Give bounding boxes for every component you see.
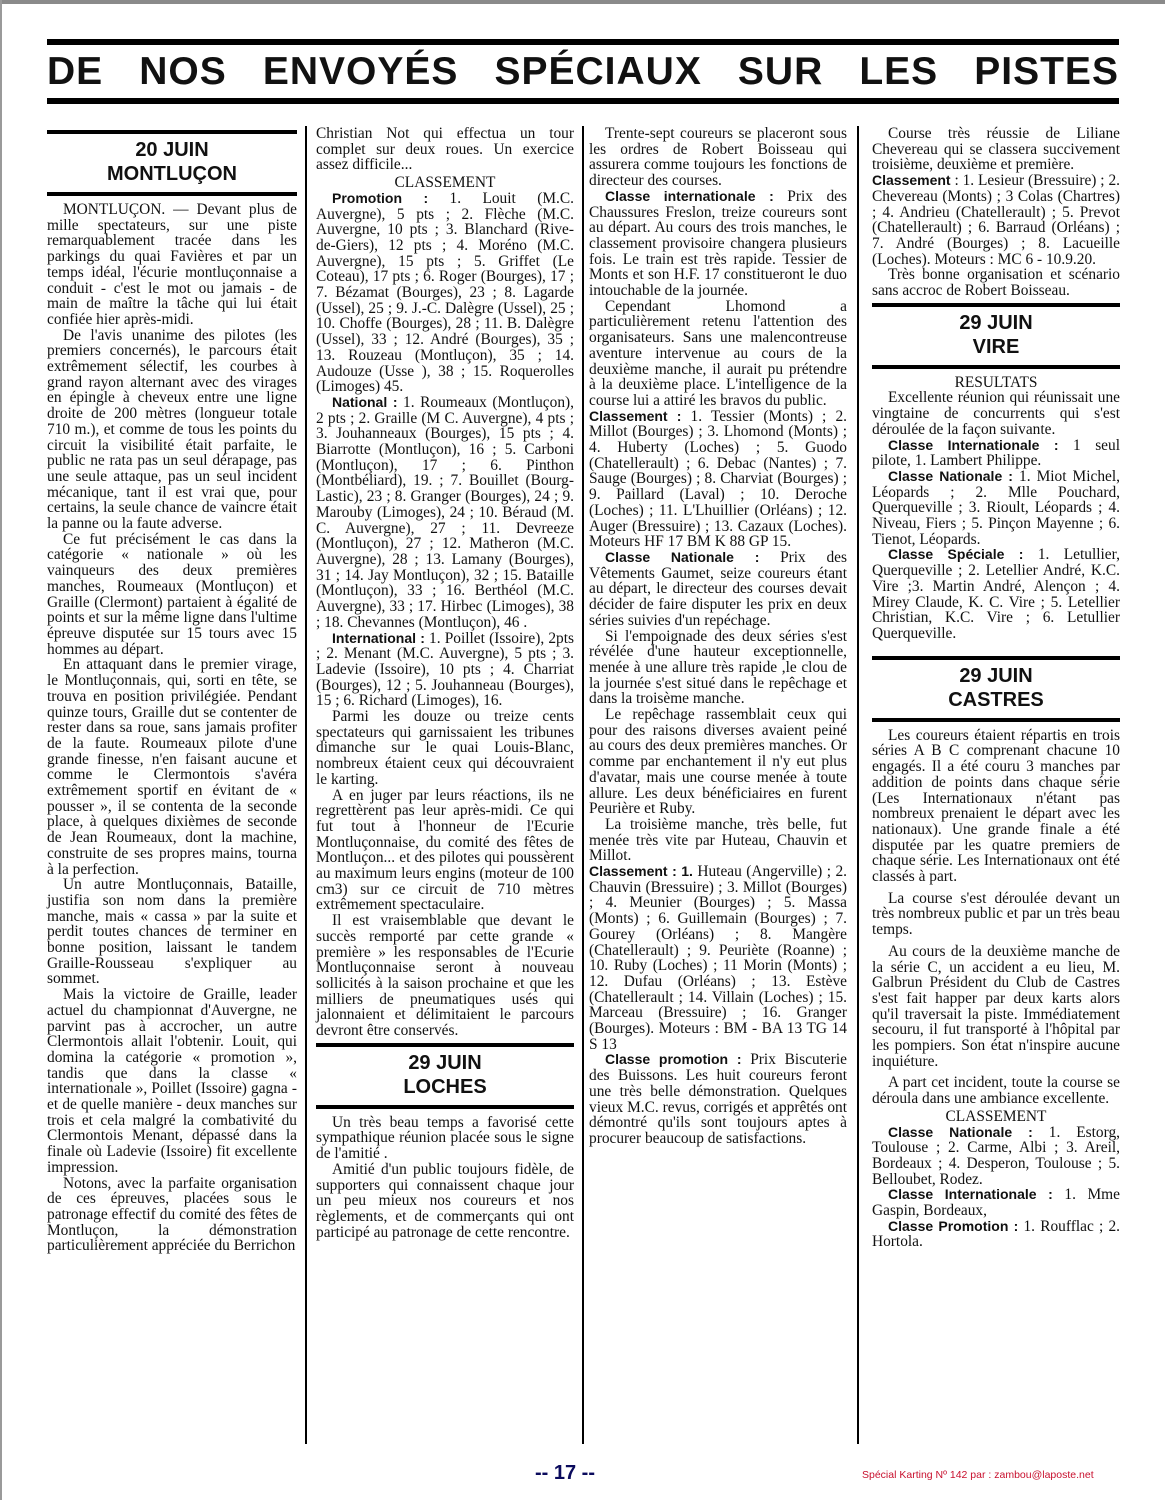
section-place: CASTRES [872,688,1120,712]
result-label: Classe Nationale : [888,1124,1033,1140]
result-entry: Classe Spéciale : 1. Letullier, Querquev… [872,547,1120,641]
result-text: 1. Louit (M.C. Auvergne), 5 pts ; 2. Flè… [316,190,574,395]
result-text: Huteau (Angerville) ; 2. Chauvin (Bressu… [589,863,847,1053]
masthead-word: DE [47,50,103,94]
result-label: Classe internationale : [605,188,774,204]
masthead-rule-top [47,39,1119,45]
result-entry: Classe internationale : Prix des Chaussu… [589,189,847,299]
result-label: Classe promotion : [605,1051,742,1067]
result-entry: Classe Nationale : 1. Miot Michel, Léopa… [872,469,1120,548]
column-3: Trente-sept coureurs se placeront sous l… [589,126,847,1147]
article-paragraph: Très bonne organisation et scénario sans… [872,267,1120,298]
article-paragraph: A en juger par leurs réactions, ils ne r… [316,788,574,914]
page-number: -- 17 -- [535,1462,595,1485]
article-paragraph: Course très réussie de Liliane Chevereau… [872,126,1120,173]
footer-credit: Spécial Karting Nº 142 par : zambou@lapo… [862,1469,1094,1481]
article-paragraph: Les coureurs étaient répartis en trois s… [872,728,1120,885]
result-entry: Classe Nationale : Prix des Vêtements Ga… [589,550,847,629]
section-date: 29 JUIN [872,311,1120,335]
article-paragraph: Au cours de la deuxième manche de la sér… [872,944,1120,1070]
article-paragraph: Trente-sept coureurs se placeront sous l… [589,126,847,189]
result-entry: Classe promotion : Prix Biscuterie des B… [589,1052,847,1146]
masthead-title: DE NOS ENVOYÉS SPÉCIAUX SUR LES PISTES [47,48,1119,96]
result-label: Classe Internationale : [888,1186,1053,1202]
result-text: 1. Roumeaux (Montluçon), 2 pts ; 2. Grai… [316,394,574,631]
result-label: Classe Nationale : [605,549,759,565]
article-paragraph: Excellente réunion qui réunissait une vi… [872,390,1120,437]
article-paragraph: Notons, avec la parfaite organisation de… [47,1176,297,1255]
masthead-word: PISTES [974,50,1119,94]
article-paragraph: Un autre Montluçonnais, Bataille, justif… [47,877,297,987]
column-divider [582,126,584,1444]
masthead-word: SUR [738,50,823,94]
article-paragraph: Il est vraisemblable que devant le succè… [316,913,574,1039]
article-paragraph: En attaquant dans le premier virage, le … [47,657,297,877]
section-header-castres: 29 JUIN CASTRES [872,656,1120,722]
result-label: Classe Promotion : [888,1218,1018,1234]
result-label: International : [332,630,425,646]
section-place: LOCHES [316,1075,574,1099]
section-date: 20 JUIN [47,138,297,162]
column-divider [305,126,307,1444]
classement-heading: CLASSEMENT [316,175,574,191]
result-label: Classe Nationale : [888,468,1013,484]
article-paragraph: Un très beau temps a favorisé cette symp… [316,1115,574,1162]
masthead-word: LES [859,50,938,94]
result-label: Classement : 1. [589,863,693,879]
result-label: Classe Internationale : [888,437,1059,453]
column-1: 20 JUIN MONTLUÇON MONTLUÇON. — Devant pl… [47,126,297,1254]
article-paragraph: La troisième manche, très belle, fut men… [589,817,847,864]
section-date: 29 JUIN [316,1051,574,1075]
masthead-word: SPÉCIAUX [494,50,701,94]
result-label: Promotion : [332,190,428,206]
section-header-loches: 29 JUIN LOCHES [316,1043,574,1109]
result-entry: Classement : 1. Tessier (Monts) ; 2. Mil… [589,409,847,550]
resultats-heading: RESULTATS [872,375,1120,391]
result-entry: International : 1. Poillet (Issoire), 2p… [316,631,574,710]
article-paragraph: De l'avis unanime des pilotes (les premi… [47,328,297,532]
masthead-word: ENVOYÉS [263,50,459,94]
result-entry: Classe Internationale : 1. Mme Gaspin, B… [872,1187,1120,1218]
section-header-montlucon: 20 JUIN MONTLUÇON [47,130,297,196]
section-date: 29 JUIN [872,664,1120,688]
result-entry: National : 1. Roumeaux (Montluçon), 2 pt… [316,395,574,631]
masthead-rule-bottom [47,98,1119,104]
result-label: Classe Spéciale : [888,546,1023,562]
article-paragraph: Ce fut précisément le cas dans la catégo… [47,532,297,658]
column-divider [857,126,859,1444]
article-paragraph: Mais la victoire de Graille, leader actu… [47,987,297,1175]
article-paragraph: Si l'empoignade des deux séries s'est ré… [589,629,847,708]
column-2: Christian Not qui effectua un tour compl… [316,126,574,1240]
result-text: Prix des Chaussures Freslon, treize cour… [589,188,847,299]
result-label: Classement [872,172,951,188]
masthead-word: NOS [139,50,227,94]
page-top-border [0,0,1165,4]
result-entry: Classement : 1. Lesieur (Bressuire) ; 2.… [872,173,1120,267]
article-paragraph: Parmi les douze ou treize cents spectate… [316,709,574,788]
classement-heading: CLASSEMENT [872,1109,1120,1125]
section-place: MONTLUÇON [47,162,297,186]
article-paragraph: A part cet incident, toute la course se … [872,1075,1120,1106]
article-paragraph: Le repêchage rassemblait ceux qui pour d… [589,707,847,817]
article-paragraph: Christian Not qui effectua un tour compl… [316,126,574,173]
article-paragraph: MONTLUÇON. — Devant plus de mille specta… [47,202,297,328]
result-entry: Classement : 1. Huteau (Angerville) ; 2.… [589,864,847,1052]
column-4: Course très réussie de Liliane Chevereau… [872,126,1120,1250]
page-left-border [0,0,2,1500]
result-label: Classement : [589,408,681,424]
result-entry: Classe Nationale : 1. Estorg, Toulouse ;… [872,1125,1120,1188]
result-entry: Classe Promotion : 1. Roufflac ; 2. Hort… [872,1219,1120,1250]
result-entry: Promotion : 1. Louit (M.C. Auvergne), 5 … [316,191,574,395]
article-paragraph: Amitié d'un public toujours fidèle, de s… [316,1162,574,1241]
result-label: National : [332,394,397,410]
section-header-vire: 29 JUIN VIRE [872,303,1120,369]
article-paragraph: La course s'est déroulée devant un très … [872,891,1120,938]
result-entry: Classe Internationale : 1 seul pilote, 1… [872,438,1120,469]
article-paragraph: Cependant Lhomond a particulièrement ret… [589,299,847,409]
result-text: 1. Tessier (Monts) ; 2. Millot (Bourges)… [589,408,847,551]
section-place: VIRE [872,335,1120,359]
